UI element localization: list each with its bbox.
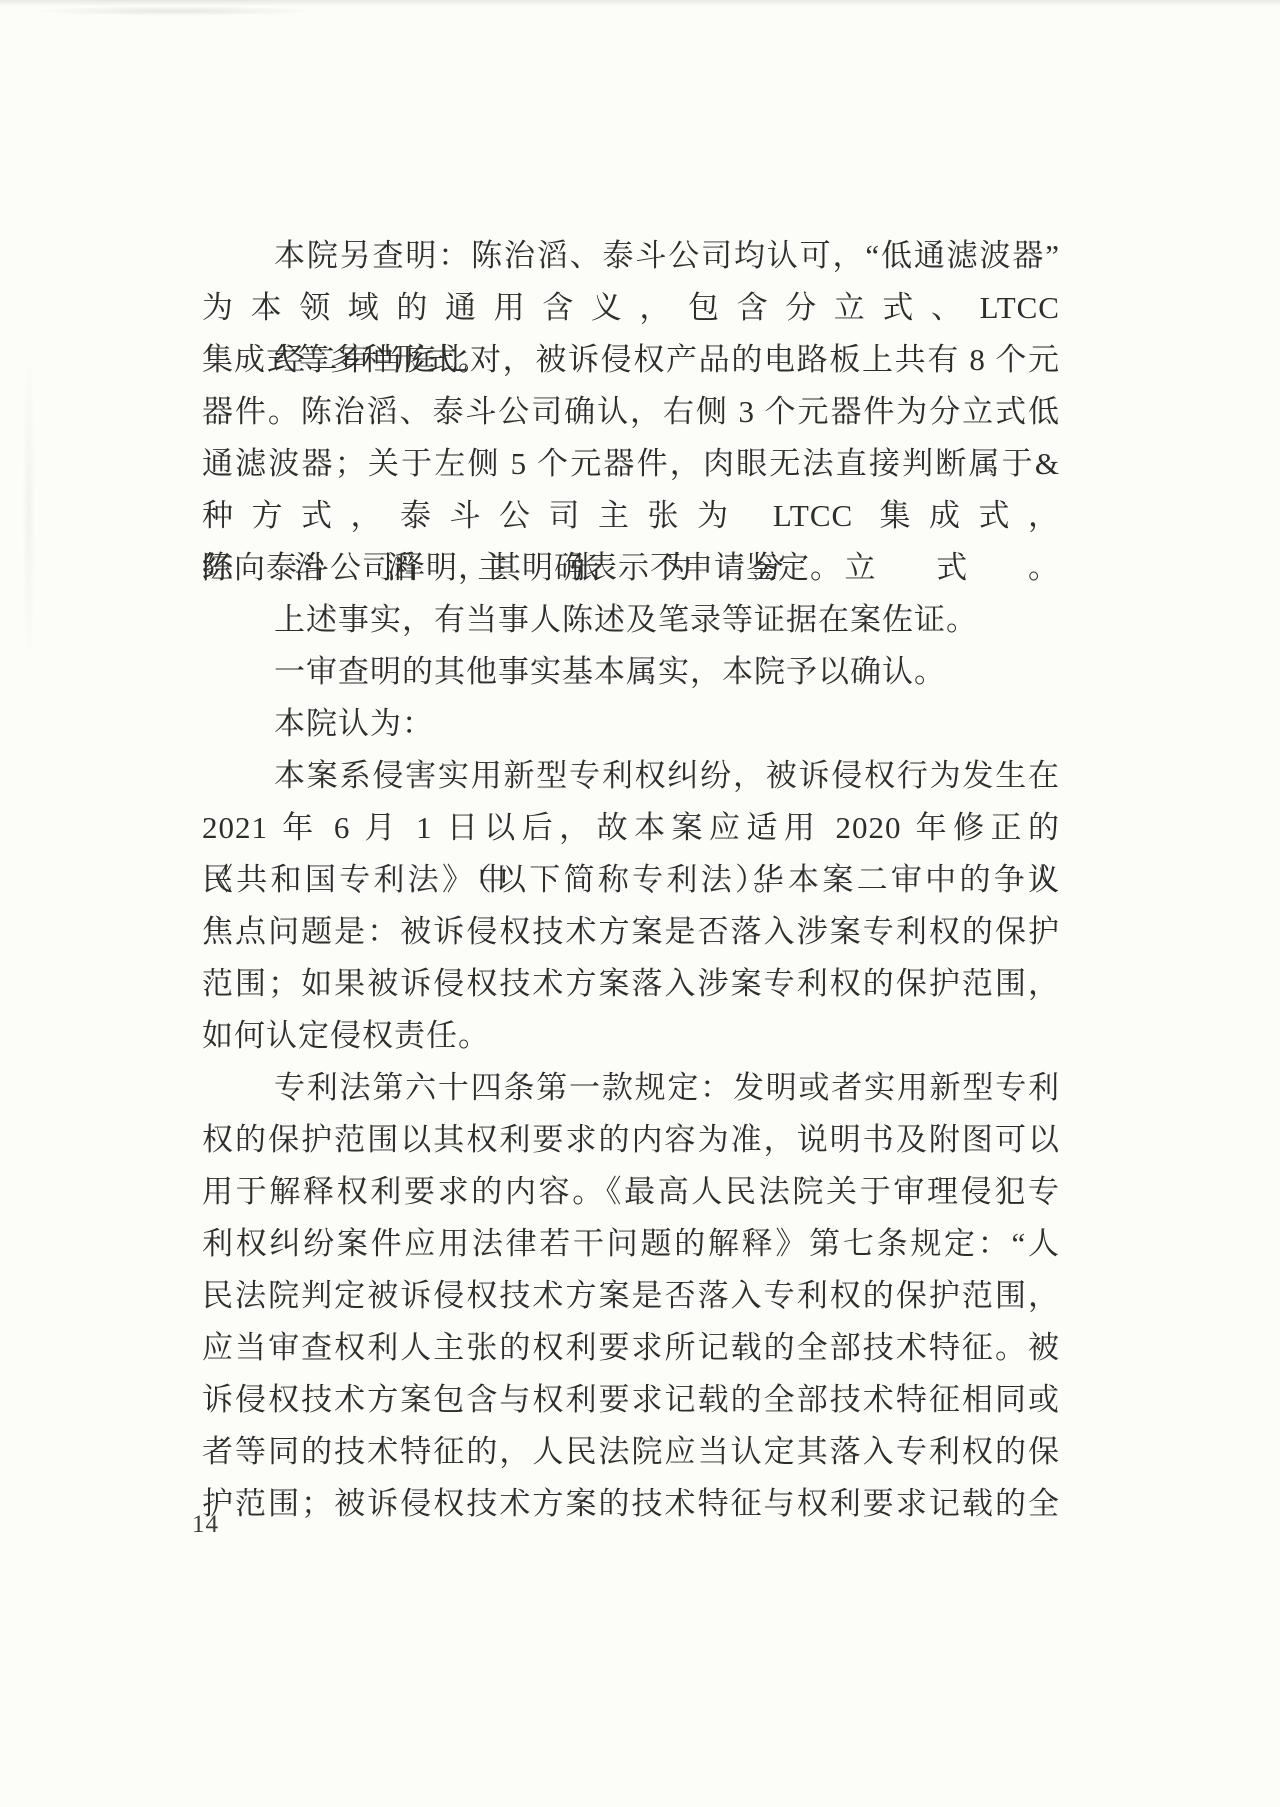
text-line: 如何认定侵权责任。 xyxy=(202,1010,1060,1062)
text-line: 利权纠纷案件应用法律若干问题的解释》第七条规定：“人 xyxy=(202,1218,1060,1270)
text-line: 本院另查明：陈治滔、泰斗公司均认可，“低通滤波器” xyxy=(202,230,1060,282)
document-page: 本院另查明：陈治滔、泰斗公司均认可，“低通滤波器”为本领域的通用含义，包含分立式… xyxy=(0,0,1280,1807)
text-line: 通滤波器；关于左侧 5 个元器件，肉眼无法直接判断属于& xyxy=(202,438,1060,490)
text-line: 护范围；被诉侵权技术方案的技术特征与权利要求记载的全 xyxy=(202,1478,1060,1530)
text-line: 焦点问题是：被诉侵权技术方案是否落入涉案专利权的保护 xyxy=(202,906,1060,958)
text-line: 本院认为： xyxy=(202,698,1060,750)
text-line: 范围；如果被诉侵权技术方案落入涉案专利权的保护范围， xyxy=(202,958,1060,1010)
text-line: 应当审查权利人主张的权利要求所记载的全部技术特征。被 xyxy=(202,1322,1060,1374)
text-line: 种方式，泰斗公司主张为 LTCC 集成式，陈治滔主张为分立式。 xyxy=(202,490,1060,542)
text-line: 2021 年 6 月 1 日以后，故本案应适用 2020 年修正的《中华人 xyxy=(202,802,1060,854)
text-line: 经二审当庭比对，被诉侵权产品的电路板上共有 8 个元 xyxy=(202,334,1060,386)
text-line: 器件。陈治滔、泰斗公司确认，右侧 3 个元器件为分立式低 xyxy=(202,386,1060,438)
text-line: 者等同的技术特征的，人民法院应当认定其落入专利权的保 xyxy=(202,1426,1060,1478)
judgment-text: 本院另查明：陈治滔、泰斗公司均认可，“低通滤波器”为本领域的通用含义，包含分立式… xyxy=(202,230,1060,1530)
page-number: 14 xyxy=(192,1510,219,1540)
text-line: 专利法第六十四条第一款规定：发明或者实用新型专利 xyxy=(202,1062,1060,1114)
text-line: 权的保护范围以其权利要求的内容为准，说明书及附图可以 xyxy=(202,1114,1060,1166)
text-line: 本案系侵害实用新型专利权纠纷，被诉侵权行为发生在 xyxy=(202,750,1060,802)
scan-smudge xyxy=(30,6,320,16)
text-line: 上述事实，有当事人陈述及笔录等证据在案佐证。 xyxy=(202,594,1060,646)
text-line: 用于解释权利要求的内容。《最高人民法院关于审理侵犯专 xyxy=(202,1166,1060,1218)
text-line: 诉侵权技术方案包含与权利要求记载的全部技术特征相同或 xyxy=(202,1374,1060,1426)
scan-smudge xyxy=(22,350,36,670)
text-line: 民法院判定被诉侵权技术方案是否落入专利权的保护范围， xyxy=(202,1270,1060,1322)
text-line: 一审查明的其他事实基本属实，本院予以确认。 xyxy=(202,646,1060,698)
text-line: 民共和国专利法》（以下简称专利法）。本案二审中的争议 xyxy=(202,854,1060,906)
text-line: 为本领域的通用含义，包含分立式、LTCC 集成式等多种形式。 xyxy=(202,282,1060,334)
